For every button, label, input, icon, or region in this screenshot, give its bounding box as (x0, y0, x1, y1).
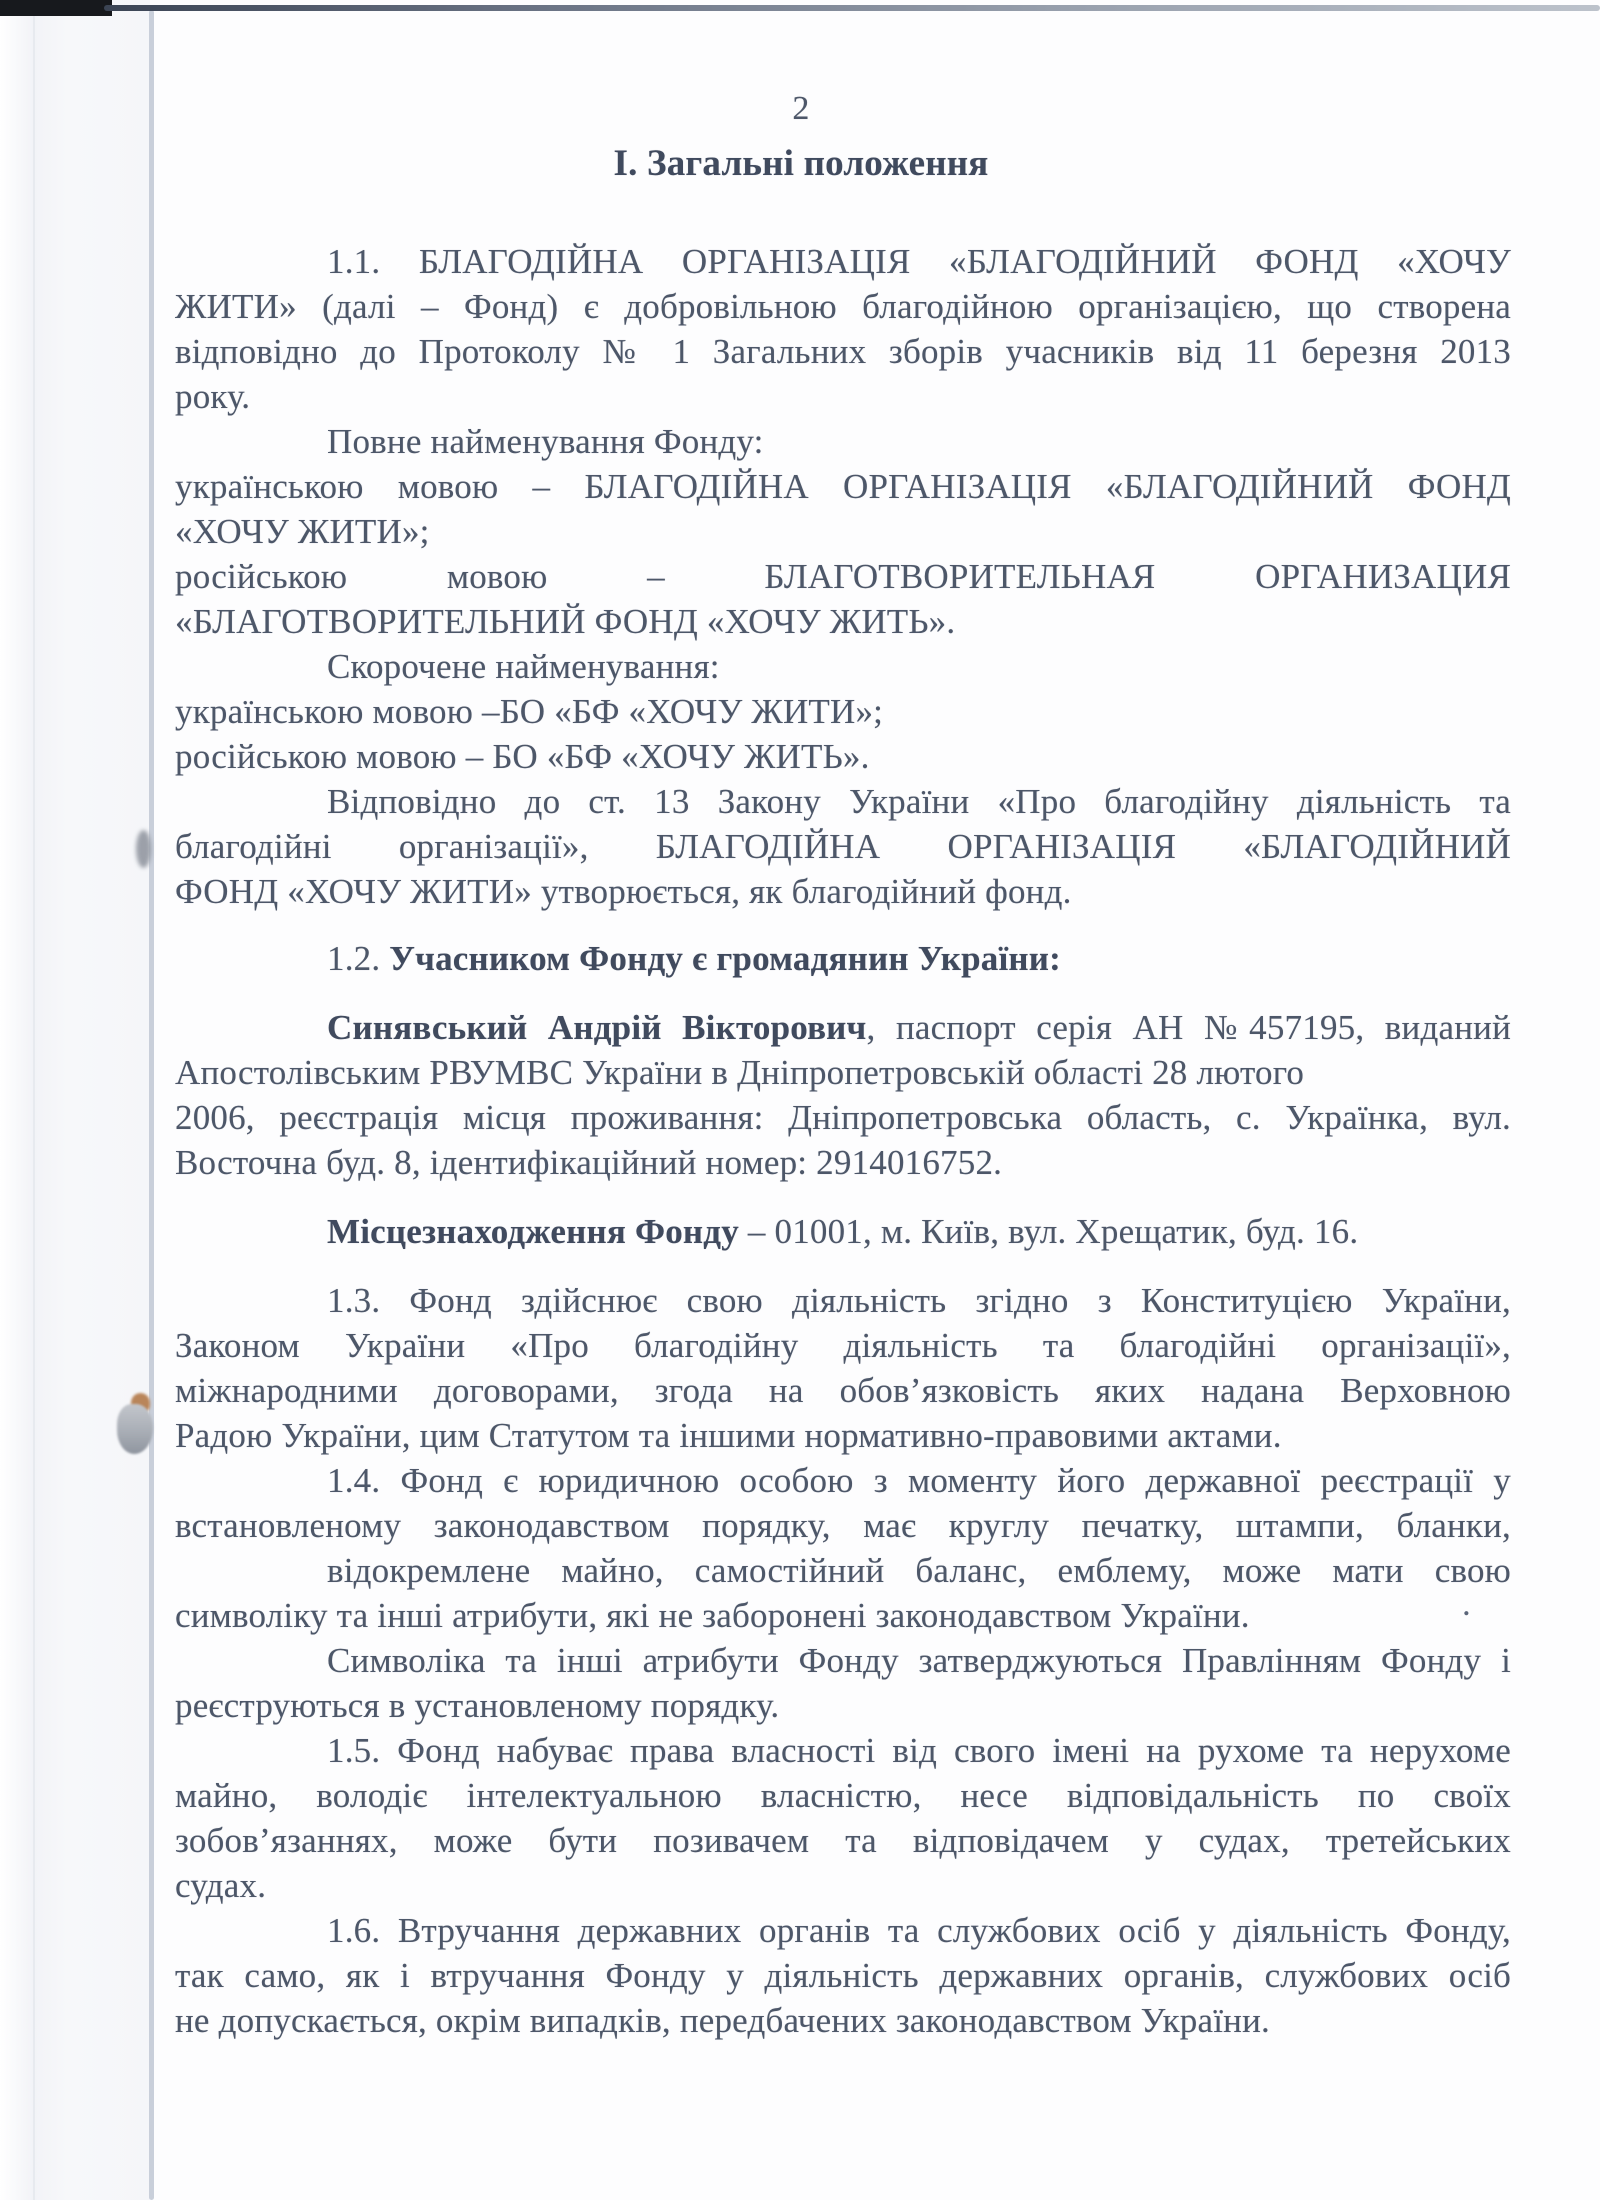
text-line: 1.1. БЛАГОДІЙНА ОРГАНІЗАЦІЯ «БЛАГОДІЙНИЙ… (175, 239, 1511, 284)
text-line: року. (175, 374, 1511, 419)
text-line: «БЛАГОТВОРИТЕЛЬНИЙ ФОНД «ХОЧУ ЖИТЬ». (175, 599, 1511, 644)
text-line: 1.4. Фонд є юридичною особою з моменту й… (175, 1458, 1511, 1503)
text-line: «ХОЧУ ЖИТИ»; (175, 509, 1511, 554)
text-line: символіку та інші атрибути, які не забор… (175, 1593, 1511, 1638)
scan-smudge-artifact (136, 830, 151, 868)
text-line: Синявський Андрій Вікторович, паспорт се… (175, 1005, 1511, 1050)
scan-top-bar (0, 0, 112, 16)
scan-page-edge-line (149, 10, 154, 2200)
text-line: Радою України, цим Статутом та іншими но… (175, 1413, 1511, 1458)
page-number: 2 (175, 86, 1511, 131)
text-line: Восточна буд. 8, ідентифікаційний номер:… (175, 1140, 1511, 1185)
text-line: судах. (175, 1863, 1511, 1908)
text-line: 1.3. Фонд здійснює свою діяльність згідн… (175, 1278, 1511, 1323)
text-line: українською мовою –БО «БФ «ХОЧУ ЖИТИ»; (175, 689, 1511, 734)
text-line: ФОНД «ХОЧУ ЖИТИ» утворюється, як благоді… (175, 869, 1511, 914)
text-line: Символіка та інші атрибути Фонду затверд… (175, 1638, 1511, 1683)
text-line: реєструються в установленому порядку. (175, 1683, 1511, 1728)
text-line: 2006, реєстрація місця проживання: Дніпр… (175, 1095, 1511, 1140)
text-line: зобов’язаннях, може бути позивачем та ві… (175, 1818, 1511, 1863)
text-line: Повне найменування Фонду: (175, 419, 1511, 464)
text-line: українською мовою – БЛАГОДІЙНА ОРГАНІЗАЦ… (175, 464, 1511, 509)
text-line: відокремлене майно, самостійний баланс, … (175, 1548, 1511, 1593)
text-line: благодійні організації», БЛАГОДІЙНА ОРГА… (175, 824, 1511, 869)
text-line: відповідно до Протоколу № 1 Загальних зб… (175, 329, 1511, 374)
scan-background: . 2 І. Загальні положення 1.1. БЛАГОДІЙН… (0, 0, 1600, 2200)
text-line: 1.5. Фонд набуває права власності від св… (175, 1728, 1511, 1773)
text-line: встановленому законодавством порядку, ма… (175, 1503, 1511, 1548)
text-line: не допускається, окрім випадків, передба… (175, 1998, 1511, 2043)
text-line: російською мовою – БЛАГОТВОРИТЕЛЬНАЯ ОРГ… (175, 554, 1511, 599)
text-line: Законом України «Про благодійну діяльніс… (175, 1323, 1511, 1368)
section-heading: І. Загальні положення (175, 141, 1511, 187)
text-line: російською мовою – БО «БФ «ХОЧУ ЖИТЬ». (175, 734, 1511, 779)
scan-top-edge-line (104, 5, 1600, 11)
scan-inner-edge-line (33, 0, 35, 2200)
document-body: 1.1. БЛАГОДІЙНА ОРГАНІЗАЦІЯ «БЛАГОДІЙНИЙ… (175, 239, 1511, 2043)
scanned-document-page: { "document": { "page_number": "2", "hea… (0, 0, 1600, 2200)
text-line: ЖИТИ» (далі – Фонд) є добровільною благо… (175, 284, 1511, 329)
text-line: Скорочене найменування: (175, 644, 1511, 689)
text-line: Місцезнаходження Фонду – 01001, м. Київ,… (175, 1209, 1511, 1254)
scan-left-margin-zone (0, 0, 150, 2200)
text-line: 1.6. Втручання державних органів та служ… (175, 1908, 1511, 1953)
document-content: 2 І. Загальні положення 1.1. БЛАГОДІЙНА … (175, 86, 1511, 2043)
text-line: майно, володіє інтелектуальною власністю… (175, 1773, 1511, 1818)
text-line: 1.2. Учасником Фонду є громадянин Україн… (175, 936, 1511, 981)
text-line: міжнародними договорами, згода на обов’я… (175, 1368, 1511, 1413)
text-line: так само, як і втручання Фонду у діяльні… (175, 1953, 1511, 1998)
text-line: Відповідно до ст. 13 Закону України «Про… (175, 779, 1511, 824)
text-line: Апостолівським РВУМВС України в Дніпропе… (175, 1050, 1511, 1095)
